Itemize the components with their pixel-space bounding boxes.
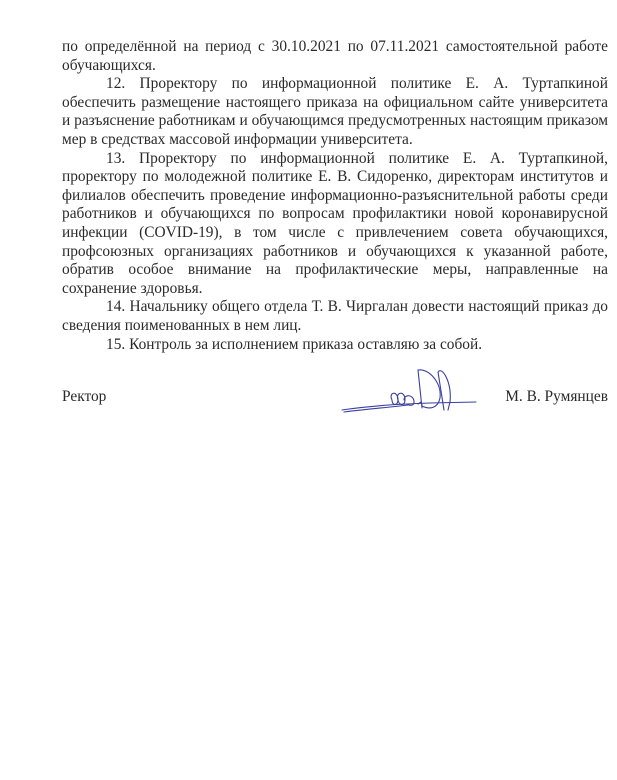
paragraph-item-13: 13. Проректору по информационной политик… (62, 150, 608, 299)
signatory-name: М. В. Румянцев (505, 388, 608, 406)
signature-row: Ректор М. В. Румянцев (62, 388, 608, 412)
document-body: по определённой на период с 30.10.2021 п… (62, 38, 608, 354)
paragraph-item-15: 15. Контроль за исполнением приказа оста… (62, 336, 608, 355)
paragraph-item-12: 12. Проректору по информационной политик… (62, 75, 608, 149)
paragraph-continuation: по определённой на период с 30.10.2021 п… (62, 38, 608, 75)
paragraph-item-14: 14. Начальнику общего отдела Т. В. Чирга… (62, 298, 608, 335)
signatory-title: Ректор (62, 388, 106, 406)
